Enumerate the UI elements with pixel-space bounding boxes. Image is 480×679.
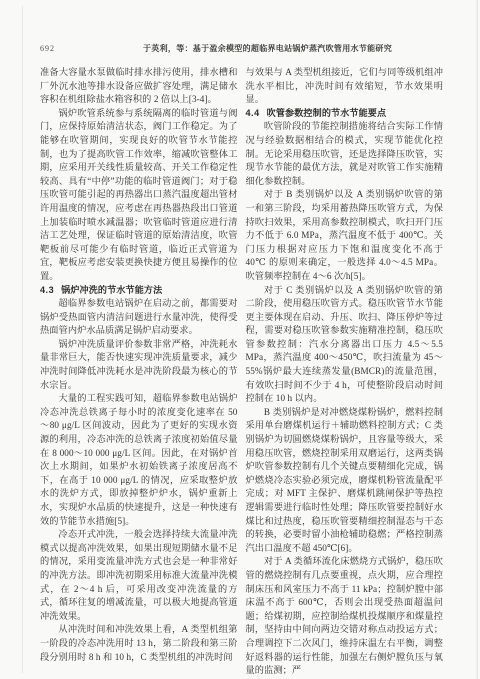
paragraph: 从冲洗时间和冲洗效果上看，A 类型机组第一阶段的冷态冲洗用时 13 h，第二阶段… [40,623,238,664]
paragraph: 对于 A 类循环流化床燃烧方式锅炉，稳压吹管的燃烧控制有几点要重视，点火期，应合… [246,555,444,677]
two-column-body: 准备大容量水泵做临时排水排污使用，排水槽和厂外沉水池等排水设备应做扩容处理，满足… [40,66,443,678]
section-heading-4-4: 4.4吹管参数控制的节水节能要点 [246,107,444,121]
scan-edge-left [22,6,23,673]
paragraph: 锅炉冲洗质量评价参数非常严格，冲洗耗水量非常巨大，能否快速实现冲洗质量要求，减少… [40,338,238,392]
paragraph: 超临界参数电站锅炉在启动之前，都需要对锅炉受热面管内清洁问题进行水量冲洗，使得受… [40,297,238,338]
paragraph: 锅炉吹管系统参与系统隔离的临时管道与阀门，应保持原始清洁状态，阀门工作稳定。为了… [40,107,238,284]
section-heading-4-3: 4.3锅炉冲洗的节水节能方法 [40,284,238,298]
paragraph-continuation: 准备大容量水泵做临时排水排污使用，排水槽和厂外沉水池等排水设备应做扩容处理，满足… [40,66,238,107]
scan-edge-right [475,0,478,679]
page-number: 692 [40,44,92,53]
paragraph-continuation: 与效果与 A 类型机组接近，它们与同等级机组冲洗水平相比，冲洗时间有效缩短，节水… [246,66,444,107]
section-number: 4.3 [40,285,54,295]
section-title: 锅炉冲洗的节水节能方法 [61,285,162,295]
paragraph: 对于 C 类别锅炉以及 A 类别锅炉吹管的第二阶段，使用稳压吹管方式。稳压吹管节… [246,284,444,406]
running-header: 692 于英利，等：基于盈余模型的超临界电站锅炉蒸汽吹管用水节能研究 [40,43,443,54]
paragraph: B 类别锅炉是对冲燃烧煤粉锅炉，燃料控制采用单台磨煤机运行＋辅助燃料控制方式；C… [246,406,444,556]
paragraph: 吹管阶段的节能控制措施将结合实际工作情况与经验数据相结合的模式，实现节能优化控制… [246,120,444,188]
section-title: 吹管参数控制的节水节能要点 [267,108,387,118]
paper-page: 692 于英利，等：基于盈余模型的超临界电站锅炉蒸汽吹管用水节能研究 准备大容量… [0,0,480,679]
right-column: 与效果与 A 类型机组接近，它们与同等级机组冲洗水平相比，冲洗时间有效缩短，节水… [246,66,444,678]
left-column: 准备大容量水泵做临时排水排污使用，排水槽和厂外沉水池等排水设备应做扩容处理，满足… [40,66,238,678]
paragraph: 对于 B 类别锅炉以及 A 类别锅炉吹管的第一和第三阶段，均采用蓄热降压吹管方式… [246,188,444,283]
paragraph: 冷态开式冲洗，一般会选择持续大流量冲洗模式以提高冲洗效果，如果出现短期储水量不足… [40,528,238,623]
paragraph: 大量的工程实践可知，超临界参数电站锅炉冷态冲洗总铁离子每小时的浓度变化速率在 5… [40,392,238,528]
running-title: 于英利，等：基于盈余模型的超临界电站锅炉蒸汽吹管用水节能研究 [92,43,443,54]
section-number: 4.4 [246,108,260,118]
